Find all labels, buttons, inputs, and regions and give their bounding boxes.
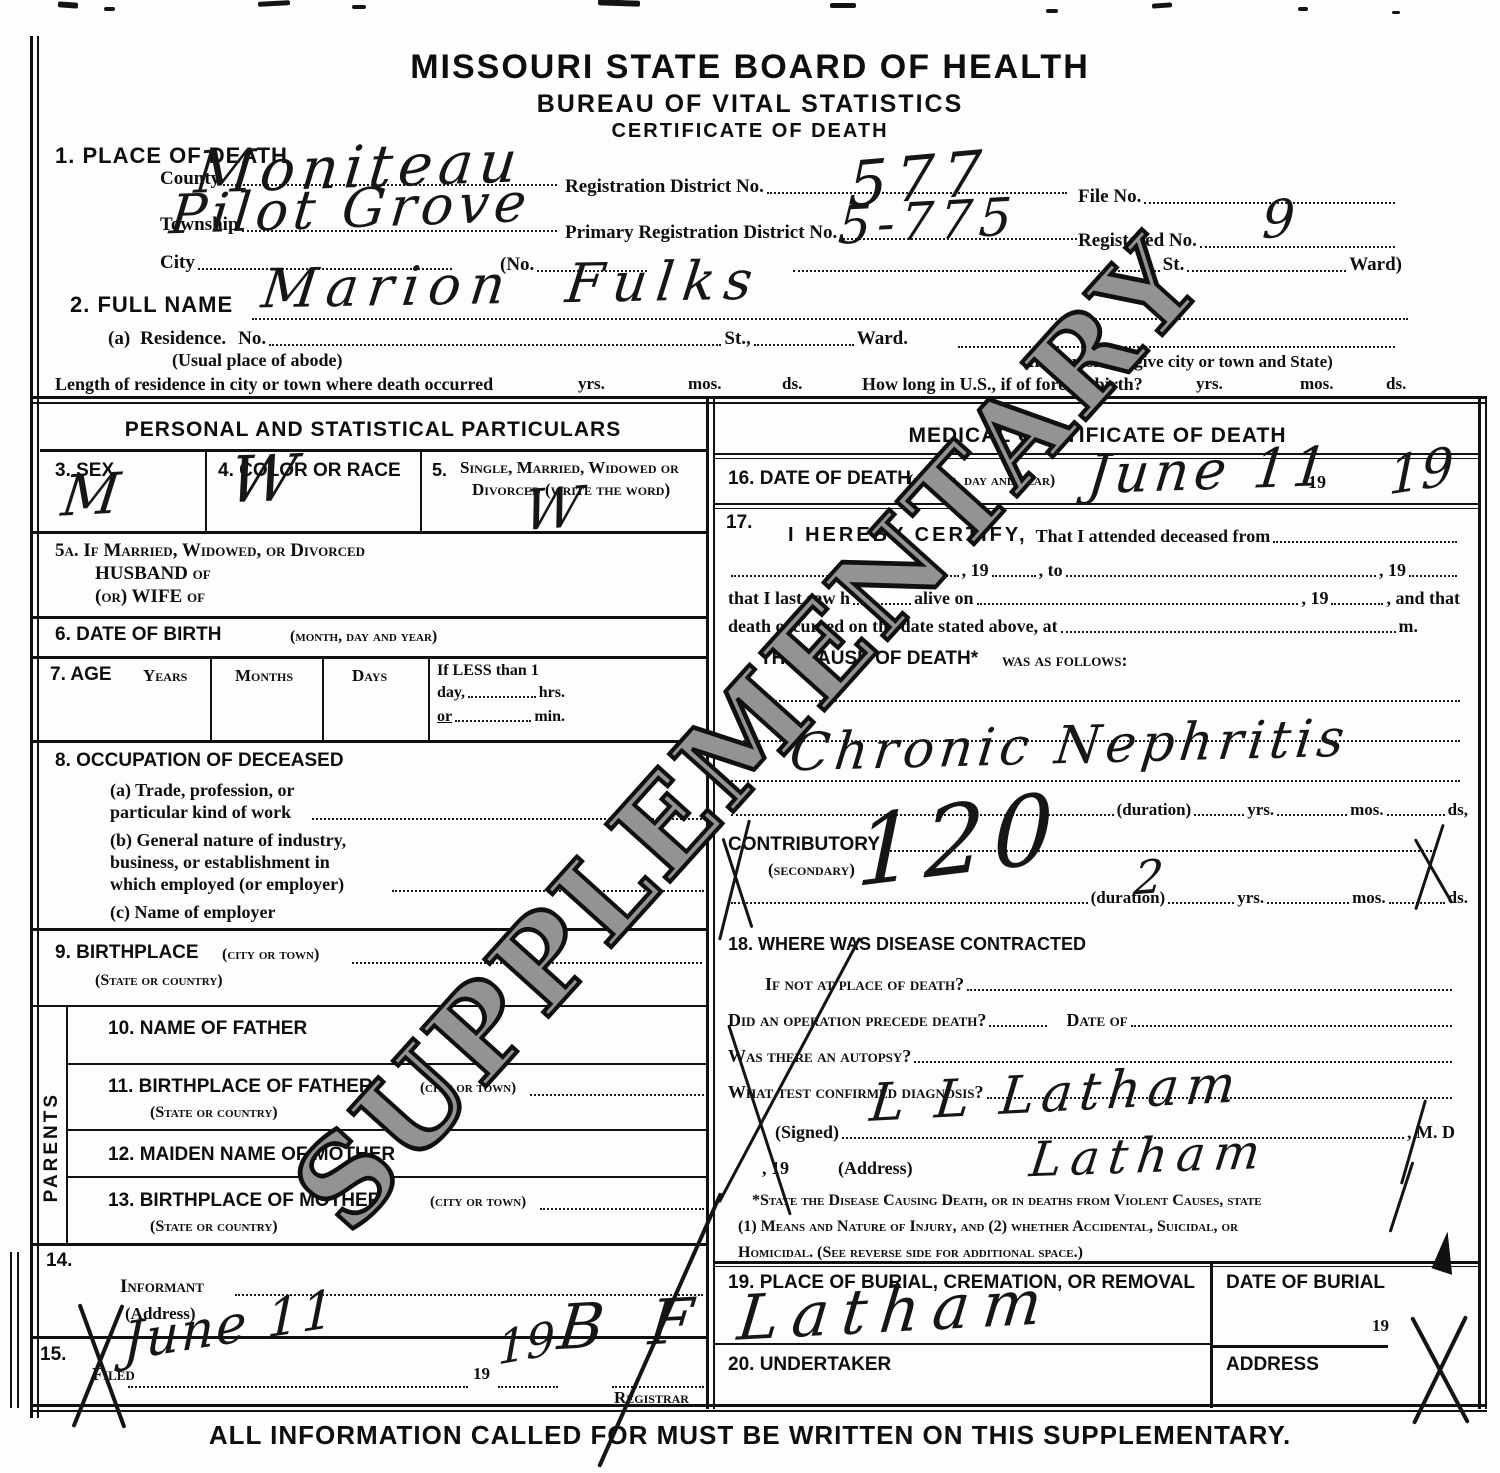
age-months-label: Months [235, 666, 293, 686]
full-name-title: 2. FULL NAME [70, 292, 233, 318]
birthplace-state-label: (State or country) [95, 972, 223, 990]
if-not-row: If not at place of death? [765, 974, 1455, 995]
length-yrs-label: yrs. [578, 374, 605, 394]
sex-value: M [59, 466, 123, 525]
scan-noise [58, 1, 78, 8]
file-no-row: File No. [1078, 186, 1398, 208]
alive-on-fill [977, 603, 1299, 605]
left-title-rule [40, 449, 706, 452]
s7-bottom-rule [30, 740, 706, 743]
burial-divider [1210, 1261, 1213, 1408]
scan-noise [258, 0, 290, 7]
duration-yrs-label: yrs. [1247, 800, 1274, 820]
residence-no-label: No. [238, 328, 266, 350]
residence-ward-label: Ward. [857, 328, 908, 350]
physician-signature: L L Latham [868, 1058, 1245, 1130]
full-name-fill-line [252, 318, 1408, 320]
ward-fill-line [1187, 270, 1346, 272]
column-divider [706, 396, 709, 1409]
age-years-label: Years [143, 666, 187, 686]
less-than-line3: or min. [437, 708, 565, 726]
left-stub-inner [17, 1252, 19, 1408]
or-label: or [437, 708, 452, 726]
scan-noise [352, 5, 366, 9]
father-state-label: (State or country) [150, 1104, 278, 1122]
age-label: 7. AGE [50, 664, 112, 686]
us-yrs-label: yrs. [1196, 374, 1223, 394]
s19-top-rule-b [715, 1266, 1478, 1267]
color-race-value: W [225, 447, 300, 514]
to-year-fill [1409, 575, 1457, 577]
residence-ward-fill-line [754, 344, 854, 346]
cause-duration-row: (duration) yrs. mos. ds, [728, 800, 1468, 820]
residence-st-label: St., [724, 328, 750, 350]
date-of-birth-paren: (month, day and year) [290, 628, 437, 646]
age-divider-2 [322, 659, 324, 740]
occupation-b-line2: business, or establishment in [110, 852, 330, 873]
to-year-label: , 19 [1379, 560, 1406, 581]
occupation-a-line2: particular kind of work [110, 802, 291, 823]
registration-district-label: Registration District No. [565, 176, 764, 198]
residence-no-fill-line [269, 344, 721, 346]
s5a-bottom-rule [30, 616, 706, 619]
s6-bottom-rule [30, 656, 706, 659]
secondary-label: (secondary) [768, 860, 855, 880]
s14-number: 14. [46, 1250, 72, 1272]
age-days-label: Days [352, 666, 387, 686]
contributory-duration-value: 2 [1132, 852, 1165, 901]
full-name-value: Marion Fulks [259, 254, 765, 317]
parents-divider [66, 1005, 68, 1243]
footnote-line3: Homicidal. (See reverse side for additio… [738, 1244, 1083, 1262]
filed-year-value: 19 [497, 1315, 555, 1372]
footnote-line1: *State the Disease Causing Death, or in … [752, 1192, 1262, 1210]
column-divider-b [713, 396, 715, 1409]
s19-bottom-rule-right [1213, 1345, 1388, 1348]
parents-label: PARENTS [41, 1092, 63, 1202]
address-paren-label: (Address) [838, 1158, 913, 1179]
row345-bottom-rule [30, 531, 706, 534]
footnote-line2: (1) Means and Nature of Injury, and (2) … [738, 1218, 1238, 1236]
death-certificate-page: MISSOURI STATE BOARD OF HEALTH BUREAU OF… [0, 0, 1500, 1473]
duration-fill-1 [1194, 814, 1244, 816]
mother-birthplace-paren: (city or town) [430, 1194, 526, 1211]
duration-fill-2 [1277, 814, 1347, 816]
burial-year-printed: 19 [1372, 1316, 1389, 1336]
section-split-rule [30, 396, 1487, 399]
father-name-label: 10. NAME OF FATHER [108, 1018, 307, 1040]
pen-slash-md-2 [1389, 1161, 1415, 1232]
left-stub [10, 1252, 12, 1408]
contributory-value: 120 [855, 779, 1062, 901]
contributory-duration-row: (duration) yrs. mos. ds. [728, 888, 1468, 908]
s17-number: 17. [726, 512, 752, 534]
residence-a-label: (a) [108, 328, 130, 350]
s16-rule-b [715, 508, 1478, 509]
scan-noise [1152, 2, 1172, 8]
bureau-subtitle: BUREAU OF VITAL STATISTICS [250, 90, 1250, 119]
board-title: MISSOURI STATE BOARD OF HEALTH [250, 48, 1250, 87]
ward-label: Ward) [1349, 254, 1402, 276]
primary-registration-value: 5-775 [837, 191, 1019, 253]
abode-caption: (Usual place of abode) [172, 350, 343, 371]
hrs-fill-line [468, 696, 536, 698]
primary-registration-label: Primary Registration District No. [565, 222, 837, 244]
alive-year-fill [1331, 603, 1383, 605]
length-mos-label: mos. [688, 374, 722, 394]
scan-arrow-mark [1428, 1231, 1452, 1277]
birthplace-label: 9. BIRTHPLACE [55, 942, 199, 964]
filed-year-printed: 19 [473, 1364, 490, 1384]
to-fill-line [1066, 575, 1376, 577]
date-of-fill [1131, 1025, 1452, 1027]
less-day-label: day, [437, 684, 465, 702]
operation-fill [989, 1025, 1047, 1027]
s18-label: 18. Where was disease contracted [728, 934, 1086, 955]
right-border-inner [1485, 396, 1487, 1409]
duration-ds-label: ds, [1448, 800, 1468, 820]
operation-row: Did an operation precede death? Date of [728, 1010, 1455, 1031]
duration-mos-label: mos. [1350, 800, 1384, 820]
city-label: City [160, 252, 195, 274]
to-label: , to [1039, 560, 1063, 581]
contrib-duration-yrs: yrs. [1237, 888, 1264, 908]
residence-row: (a) Residence. No. St., Ward. [108, 328, 908, 350]
contributory-row: CONTRIBUTORY [728, 834, 1438, 856]
parents-label-wrap: PARENTS [38, 1050, 66, 1245]
undertaker-label: 20. UNDERTAKER [728, 1354, 891, 1376]
birthplace-paren: (city or town) [222, 946, 319, 964]
date-of-death-value: June 11 [1085, 440, 1335, 503]
color-marital-divider [420, 452, 422, 531]
left-border [30, 36, 33, 1418]
scan-noise [1298, 7, 1308, 11]
marital-number: 5. [432, 460, 447, 481]
scan-noise [104, 7, 115, 11]
s19-top-rule [715, 1261, 1478, 1264]
residence-label: Residence. [140, 328, 226, 350]
from-year-fill [992, 575, 1036, 577]
section-split-rule-b [30, 402, 1487, 404]
date-of-birth-label: 6. DATE OF BIRTH [55, 624, 221, 646]
file-no-label: File No. [1078, 186, 1141, 208]
township-value: Pilot Grove [167, 176, 534, 243]
occupation-a-line1: (a) Trade, profession, or [110, 780, 295, 801]
filed-year-fill-line [498, 1386, 558, 1388]
cause-of-death-suffix: was as follows: [1002, 650, 1128, 671]
certify-fill-line [1273, 541, 1457, 543]
min-fill-line [455, 720, 531, 722]
marital-value: W [521, 480, 584, 541]
us-mos-label: mos. [1300, 374, 1334, 394]
hrs-label: hrs. [539, 684, 565, 702]
s15-number: 15. [40, 1344, 66, 1366]
occupation-label: 8. OCCUPATION OF DECEASED [55, 750, 344, 772]
cause-of-death-value: Chronic Nephritis [787, 713, 1352, 780]
registered-no-value: 9 [1261, 193, 1296, 248]
death-occurred-fill [1061, 631, 1396, 633]
age-divider-3 [428, 659, 430, 740]
right-border [1478, 396, 1481, 1409]
and-that-label: , and that [1386, 588, 1460, 609]
signed-label: (Signed) [775, 1122, 839, 1143]
mother-birthplace-fill-line [540, 1208, 704, 1210]
if-not-label: If not at place of death? [765, 974, 964, 995]
scan-noise [1392, 11, 1400, 14]
bottom-rule-b [30, 1410, 1487, 1412]
duration-label: (duration) [1117, 800, 1192, 820]
length-ds-label: ds. [782, 374, 802, 394]
scan-noise [1046, 9, 1058, 13]
age-divider-1 [210, 659, 212, 740]
certify-text: That I attended deceased from [1036, 526, 1271, 547]
less-than-line2: day, hrs. [437, 684, 565, 702]
bottom-rule [30, 1404, 1487, 1407]
informant-label: Informant [120, 1276, 204, 1298]
personal-particulars-title: PERSONAL AND STATISTICAL PARTICULARS [40, 418, 706, 442]
physician-address-value: Latham [1027, 1128, 1272, 1185]
filed-fill-line [128, 1386, 468, 1388]
contrib-duration-fill-2 [1267, 902, 1349, 904]
autopsy-label: Was there an autopsy? [728, 1046, 911, 1067]
min-label: min. [534, 708, 565, 726]
length-residence-label: Length of residence in city or town wher… [55, 374, 493, 395]
if-not-fill [967, 989, 1452, 991]
occupation-b-line3: which employed (or employer) [110, 874, 344, 895]
alive-year-label: , 19 [1301, 588, 1328, 609]
date-of-death-year-value: 19 [1388, 440, 1454, 503]
operation-label: Did an operation precede death? [728, 1010, 986, 1031]
date-of-burial-label: DATE OF BURIAL [1226, 1272, 1385, 1294]
scan-noise [598, 0, 640, 7]
us-ds-label: ds. [1386, 374, 1406, 394]
occupation-b-line1: (b) General nature of industry, [110, 830, 346, 851]
registrar-signature: B F Latham [555, 1271, 1058, 1359]
occupation-c-label: (c) Name of employer [110, 902, 275, 923]
scan-noise [830, 3, 856, 8]
sex-color-divider [205, 452, 207, 531]
m-label: m. [1399, 616, 1419, 637]
s9-bottom-rule [30, 1005, 706, 1007]
s5a-label: 5a. If Married, Widowed, or Divorced [55, 540, 365, 562]
less-than-line1: If LESS than 1 [437, 662, 539, 680]
s5a-husband-label: HUSBAND of [95, 563, 211, 585]
contrib-duration-fill-1 [1168, 902, 1234, 904]
duration-fill-3 [1387, 814, 1445, 816]
date-of-label: Date of [1066, 1010, 1127, 1031]
mother-state-label: (State or country) [150, 1218, 278, 1236]
contrib-duration-mos: mos. [1352, 888, 1386, 908]
registered-no-fill-line [1200, 246, 1395, 248]
undertaker-address-label: ADDRESS [1226, 1354, 1319, 1376]
footer-instruction: ALL INFORMATION CALLED FOR MUST BE WRITT… [100, 1420, 1400, 1451]
father-birthplace-fill-line [530, 1094, 704, 1096]
s5a-wife-label: (or) WIFE of [95, 586, 205, 608]
